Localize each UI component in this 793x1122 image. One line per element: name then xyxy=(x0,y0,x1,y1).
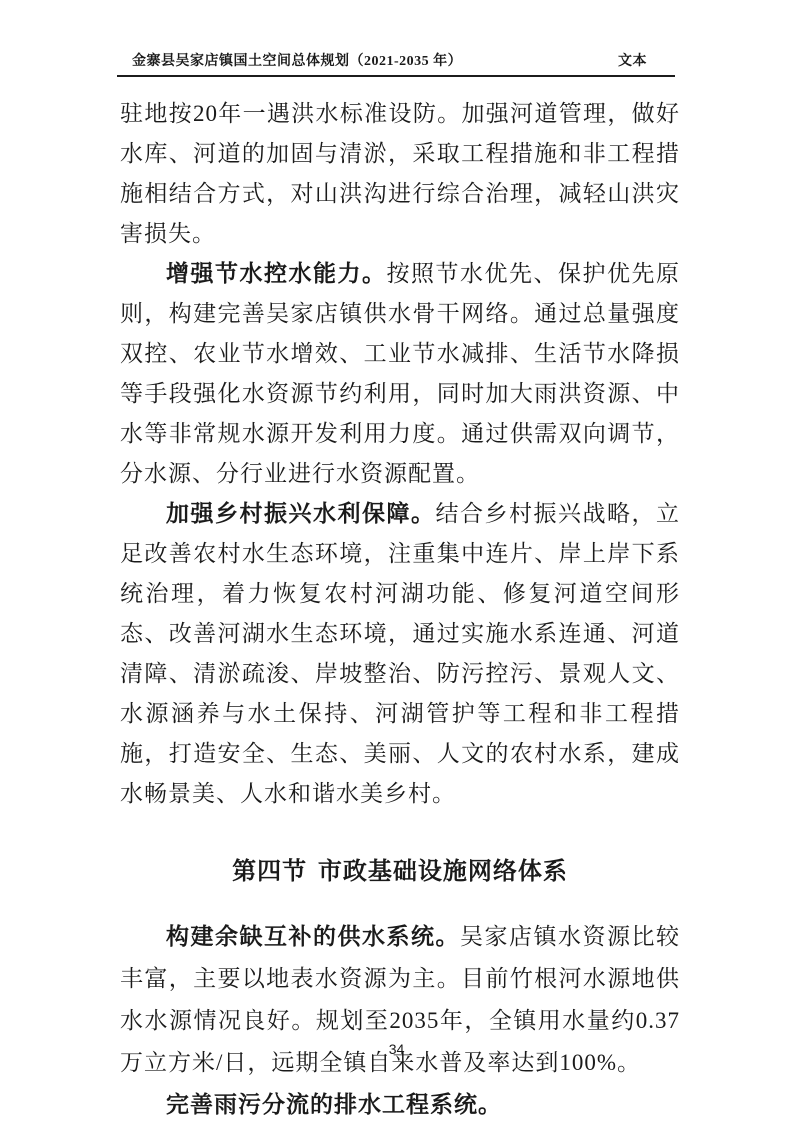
page-number: 34 xyxy=(0,1041,793,1057)
section-title: 市政基础设施网络体系 xyxy=(318,859,568,885)
paragraph-water-saving: 增强节水控水能力。按照节水优先、保护优先原则，构建完善吴家店镇供水骨干网络。通过… xyxy=(120,254,680,494)
paragraph-lead: 加强乡村振兴水利保障。 xyxy=(166,501,436,526)
section-heading: 第四节市政基础设施网络体系 xyxy=(120,852,680,892)
page-header: 金寨县吴家店镇国土空间总体规划（2021-2035 年） 文本 xyxy=(117,50,675,77)
section-body: 构建余缺互补的供水系统。吴家店镇水资源比较丰富，主要以地表水资源为主。目前竹根河… xyxy=(120,916,680,1122)
document-page: 金寨县吴家店镇国土空间总体规划（2021-2035 年） 文本 驻地按20年一遇… xyxy=(0,0,793,1122)
paragraph-text: 结合乡村振兴战略，立足改善农村水生态环境，注重集中连片、岸上岸下系统治理，着力恢… xyxy=(120,501,680,806)
header-title: 金寨县吴家店镇国土空间总体规划（2021-2035 年） xyxy=(117,50,462,70)
paragraph-text: 按照节水优先、保护优先原则，构建完善吴家店镇供水骨干网络。通过总量强度双控、农业… xyxy=(120,261,680,486)
section-number: 第四节 xyxy=(232,859,307,885)
paragraph-lead: 构建余缺互补的供水系统。 xyxy=(166,924,460,949)
paragraph-text: 驻地按20年一遇洪水标准设防。加强河道管理，做好水库、河道的加固与清淤，采取工程… xyxy=(120,101,680,246)
paragraph-flood-control: 驻地按20年一遇洪水标准设防。加强河道管理，做好水库、河道的加固与清淤，采取工程… xyxy=(120,94,680,254)
header-doc-type: 文本 xyxy=(618,50,675,70)
document-body: 驻地按20年一遇洪水标准设防。加强河道管理，做好水库、河道的加固与清淤，采取工程… xyxy=(120,94,680,1122)
paragraph-water-supply: 构建余缺互补的供水系统。吴家店镇水资源比较丰富，主要以地表水资源为主。目前竹根河… xyxy=(120,916,680,1084)
paragraph-drainage-system: 完善雨污分流的排水工程系统。 xyxy=(120,1084,680,1122)
paragraph-lead: 增强节水控水能力。 xyxy=(166,261,387,286)
paragraph-lead: 完善雨污分流的排水工程系统。 xyxy=(166,1092,502,1117)
paragraph-rural-revitalization: 加强乡村振兴水利保障。结合乡村振兴战略，立足改善农村水生态环境，注重集中连片、岸… xyxy=(120,494,680,814)
